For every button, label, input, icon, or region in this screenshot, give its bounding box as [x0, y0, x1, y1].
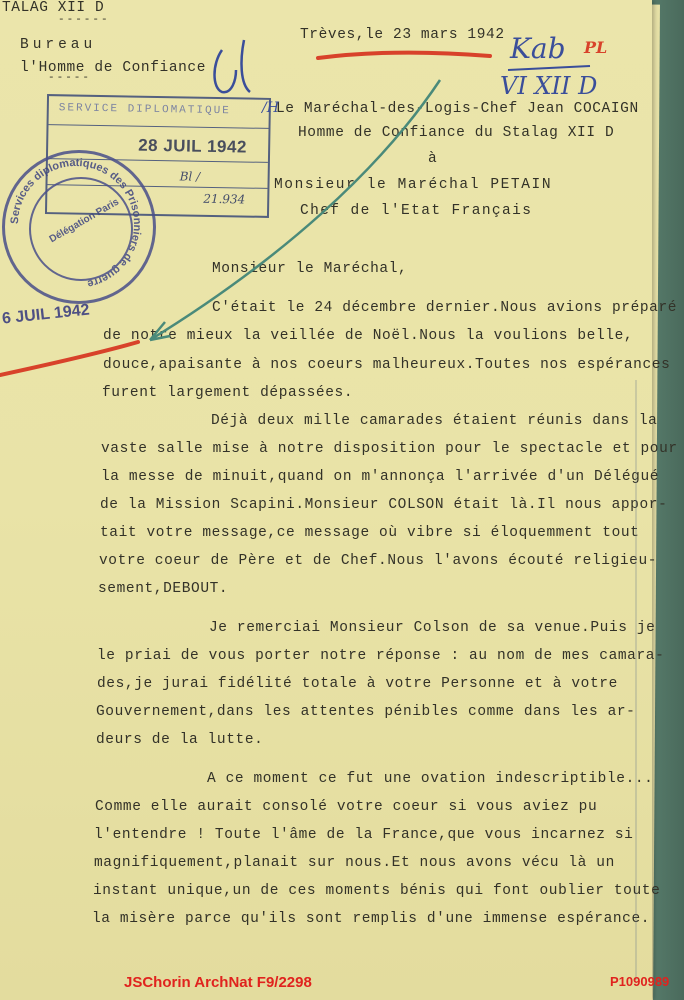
handwritten-ref-kab: Kab	[510, 32, 566, 65]
handwritten-pl: PL	[584, 38, 607, 57]
archive-reference: JSChorin ArchNat F9/2298	[124, 974, 312, 991]
handwritten-slash: /H	[262, 100, 279, 116]
handwritten-stalag-ref: VI XII D	[500, 72, 597, 100]
annotation-marks	[0, 0, 684, 1000]
letter-page: TALAG XII D ------ Bureau l'Homme de Con…	[0, 0, 652, 1000]
photo-id: P1090989	[610, 974, 669, 989]
